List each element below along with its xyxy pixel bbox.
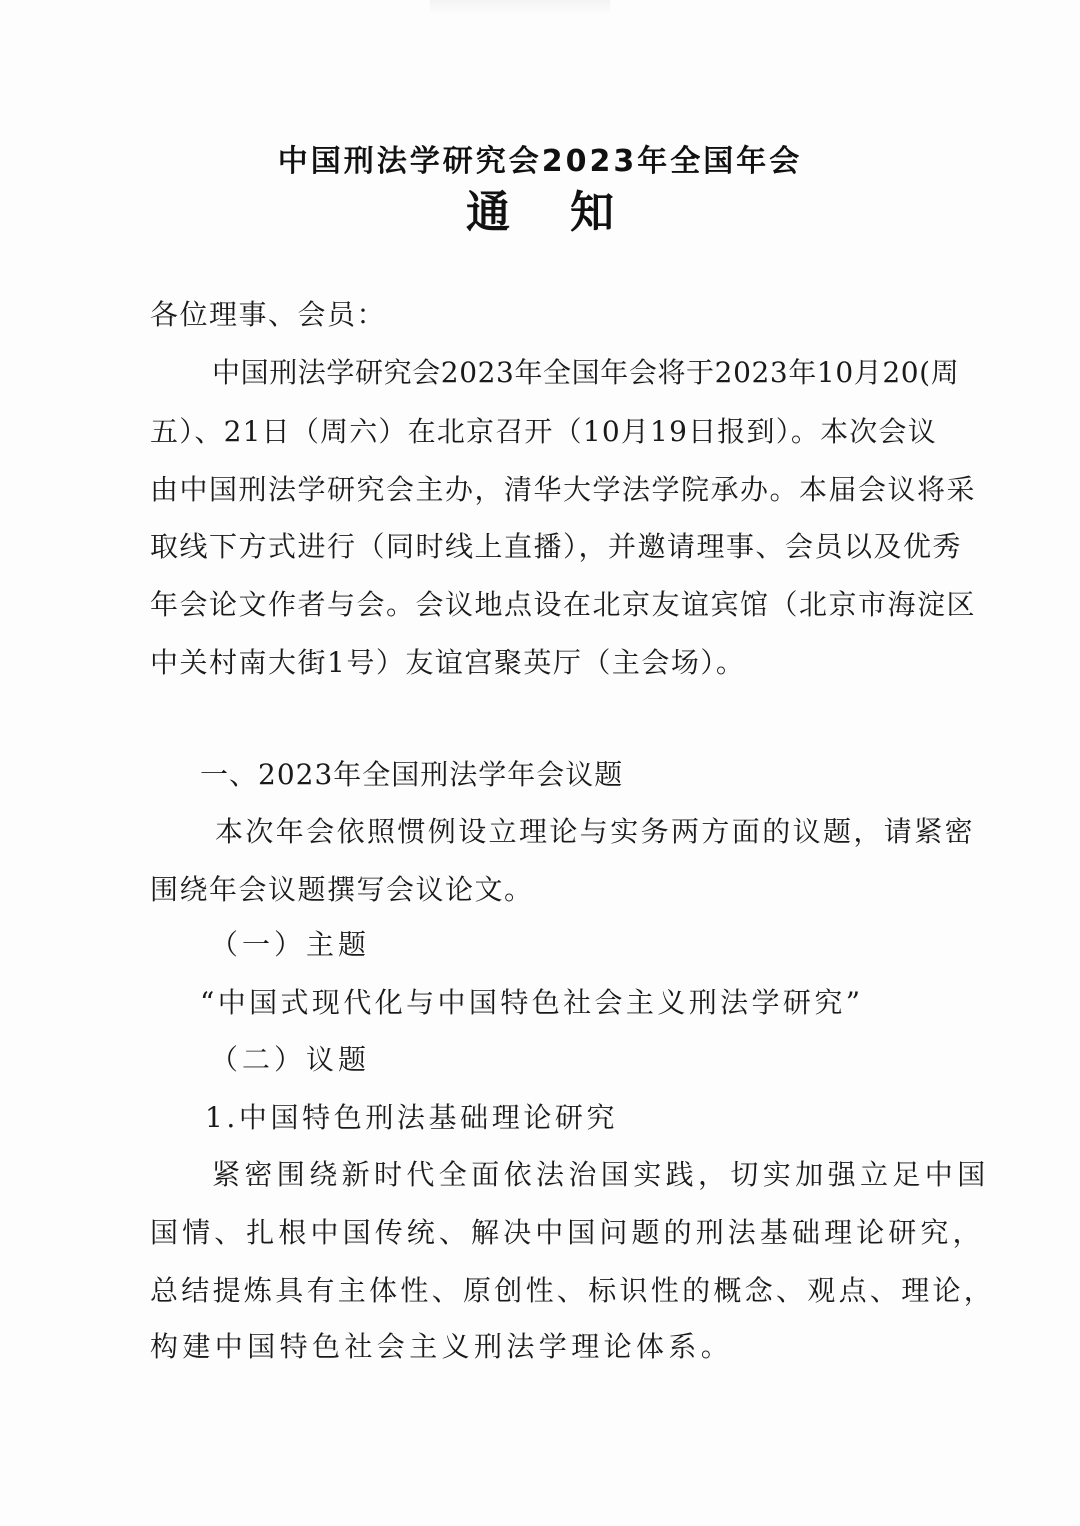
theme-label: （一）主题 <box>210 927 980 963</box>
topic-1-title: 1.中国特色刑法基础理论研究 <box>205 1100 975 1136</box>
document-page: 中国刑法学研究会2023年全国年会 通知 各位理事、会员： 中国刑法学研究会20… <box>0 0 1080 1526</box>
topic-1-line-3: 总结提炼具有主体性、原创性、标识性的概念、观点、理论， <box>150 1273 920 1309</box>
intro-line-5: 年会论文作者与会。会议地点设在北京友谊宾馆（北京市海淀区 <box>150 587 920 623</box>
topics-label: （二）议题 <box>210 1042 980 1078</box>
section-1-intro-line-1: 本次年会依照惯例设立理论与实务两方面的议题，请紧密 <box>215 814 985 850</box>
section-1-heading: 一、2023年全国刑法学年会议题 <box>200 757 970 793</box>
intro-line-2: 五）、21日（周六）在北京召开（10月19日报到）。本次会议 <box>150 414 920 450</box>
intro-line-3: 由中国刑法学研究会主办，清华大学法学院承办。本届会议将采 <box>150 472 920 508</box>
topic-1-line-1: 紧密围绕新时代全面依法治国实践，切实加强立足中国 <box>212 1157 982 1193</box>
theme-text: “中国式现代化与中国特色社会主义刑法学研究” <box>200 985 970 1021</box>
organization-title: 中国刑法学研究会2023年全国年会 <box>0 136 1080 180</box>
scan-artifact <box>430 0 610 14</box>
intro-line-4: 取线下方式进行（同时线上直播），并邀请理事、会员以及优秀 <box>150 529 920 565</box>
intro-line-6: 中关村南大街1号）友谊宫聚英厅（主会场）。 <box>150 645 920 681</box>
topic-1-line-2: 国情、扎根中国传统、解决中国问题的刑法基础理论研究， <box>150 1215 920 1251</box>
topic-1-line-4: 构建中国特色社会主义刑法学理论体系。 <box>150 1329 920 1365</box>
title-char-2: 知 <box>570 176 614 240</box>
intro-line-1: 中国刑法学研究会2023年全国年会将于2023年10月20(周 <box>212 355 982 391</box>
page-title: 通知 <box>0 176 1080 240</box>
section-1-intro-line-2: 围绕年会议题撰写会议论文。 <box>150 872 920 908</box>
title-char-1: 通 <box>466 176 510 240</box>
salutation: 各位理事、会员： <box>150 297 920 333</box>
